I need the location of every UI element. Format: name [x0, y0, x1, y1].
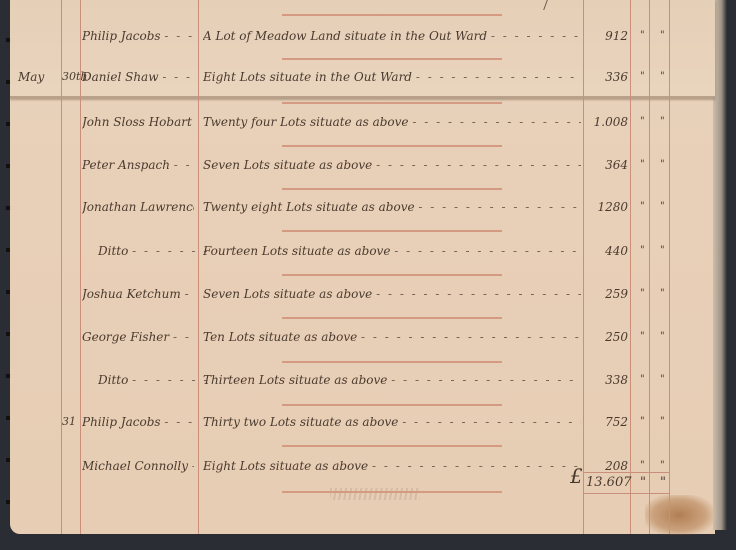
- entry-shillings: ": [640, 411, 645, 433]
- entry-amount: 440: [586, 240, 628, 262]
- separator-rule: [282, 145, 502, 147]
- entry-description: Twenty eight Lots situate as above - - -…: [203, 196, 581, 218]
- entry-shillings: ": [640, 369, 645, 391]
- separator-rule: [282, 58, 502, 60]
- entry-pence: ": [660, 411, 665, 433]
- separator-rule: [282, 317, 502, 319]
- entry-description: Seven Lots situate as above - - - - - - …: [203, 283, 581, 305]
- entry-pence: ": [660, 66, 665, 88]
- separator-rule: [282, 230, 502, 232]
- entry-shillings: ": [640, 283, 645, 305]
- entry-amount: 336: [586, 66, 628, 88]
- binding-edge: [6, 0, 10, 534]
- entry-name: Philip Jacobs - - - -: [82, 411, 194, 433]
- entry-shillings: ": [640, 240, 645, 262]
- entry-amount: 1280: [586, 196, 628, 218]
- entry-shillings: ": [640, 111, 645, 133]
- separator-rule: [282, 274, 502, 276]
- ledger-row: Joshua Ketchum - - Seven Lots situate as…: [0, 283, 736, 305]
- entry-name: Ditto - - - - - - -: [98, 369, 210, 391]
- total-amount: 13.607: [586, 472, 628, 494]
- entry-pence: ": [660, 326, 665, 348]
- entry-description: Thirty two Lots situate as above - - - -…: [203, 411, 581, 433]
- separator-rule: [282, 188, 502, 190]
- entry-shillings: ": [640, 154, 645, 176]
- entry-name: Joshua Ketchum - -: [82, 283, 194, 305]
- ledger-row: George Fisher - - - - Ten Lots situate a…: [0, 326, 736, 348]
- entry-name: Peter Anspach - - -: [82, 154, 194, 176]
- separator-rule: [282, 14, 502, 16]
- entry-description: Seven Lots situate as above - - - - - - …: [203, 154, 581, 176]
- ledger-total-row: 13.607 " ": [0, 472, 736, 494]
- entry-pence: ": [660, 196, 665, 218]
- ledger-row: May 30th Daniel Shaw - - - Eight Lots si…: [0, 66, 736, 88]
- entry-amount: 752: [586, 411, 628, 433]
- entry-day: 31: [62, 411, 76, 433]
- entry-pence: ": [660, 369, 665, 391]
- entry-amount: 912: [586, 25, 628, 47]
- separator-rule: [282, 102, 502, 104]
- ledger-row: Philip Jacobs - - - - A Lot of Meadow La…: [0, 25, 736, 47]
- entry-name: Philip Jacobs - - - -: [82, 25, 194, 47]
- entry-description: A Lot of Meadow Land situate in the Out …: [203, 25, 581, 47]
- entry-month: May: [18, 66, 44, 88]
- entry-shillings: ": [640, 66, 645, 88]
- entry-amount: 1.008: [586, 111, 628, 133]
- ledger-row: Ditto - - - - - - - Fourteen Lots situat…: [0, 240, 736, 262]
- entry-amount: 364: [586, 154, 628, 176]
- separator-rule: [282, 404, 502, 406]
- entry-amount: 250: [586, 326, 628, 348]
- entry-pence: ": [660, 240, 665, 262]
- total-pence: ": [660, 472, 666, 494]
- entry-amount: 259: [586, 283, 628, 305]
- entry-amount: 338: [586, 369, 628, 391]
- ledger-row: Jonathan Lawrence - Twenty eight Lots si…: [0, 196, 736, 218]
- entry-description: Ten Lots situate as above - - - - - - - …: [203, 326, 581, 348]
- entry-description: Twenty four Lots situate as above - - - …: [203, 111, 581, 133]
- entry-shillings: ": [640, 326, 645, 348]
- ledger-row: 31 Philip Jacobs - - - - Thirty two Lots…: [0, 411, 736, 433]
- entry-description: Eight Lots situate in the Out Ward - - -…: [203, 66, 581, 88]
- separator-rule: [282, 361, 502, 363]
- entry-name: Jonathan Lawrence -: [82, 196, 194, 218]
- entry-description: Fourteen Lots situate as above - - - - -…: [203, 240, 581, 262]
- entry-pence: ": [660, 283, 665, 305]
- ledger-row: Peter Anspach - - - Seven Lots situate a…: [0, 154, 736, 176]
- total-shillings: ": [640, 472, 646, 494]
- separator-rule: [282, 445, 502, 447]
- water-stain: [645, 495, 713, 535]
- entry-description: Thirteen Lots situate as above - - - - -…: [203, 369, 581, 391]
- entry-shillings: ": [640, 25, 645, 47]
- entry-shillings: ": [640, 196, 645, 218]
- pound-sign-icon: £: [570, 464, 583, 488]
- entry-pence: ": [660, 154, 665, 176]
- ledger-row: John Sloss Hobart Esqr. Twenty four Lots…: [0, 111, 736, 133]
- entry-name: Daniel Shaw - - -: [82, 66, 194, 88]
- entry-pence: ": [660, 25, 665, 47]
- entry-name: Ditto - - - - - - -: [98, 240, 210, 262]
- entry-pence: ": [660, 111, 665, 133]
- ledger-row: Ditto - - - - - - - Thirteen Lots situat…: [0, 369, 736, 391]
- entry-name: John Sloss Hobart Esqr.: [82, 111, 194, 133]
- entry-name: George Fisher - - - -: [82, 326, 194, 348]
